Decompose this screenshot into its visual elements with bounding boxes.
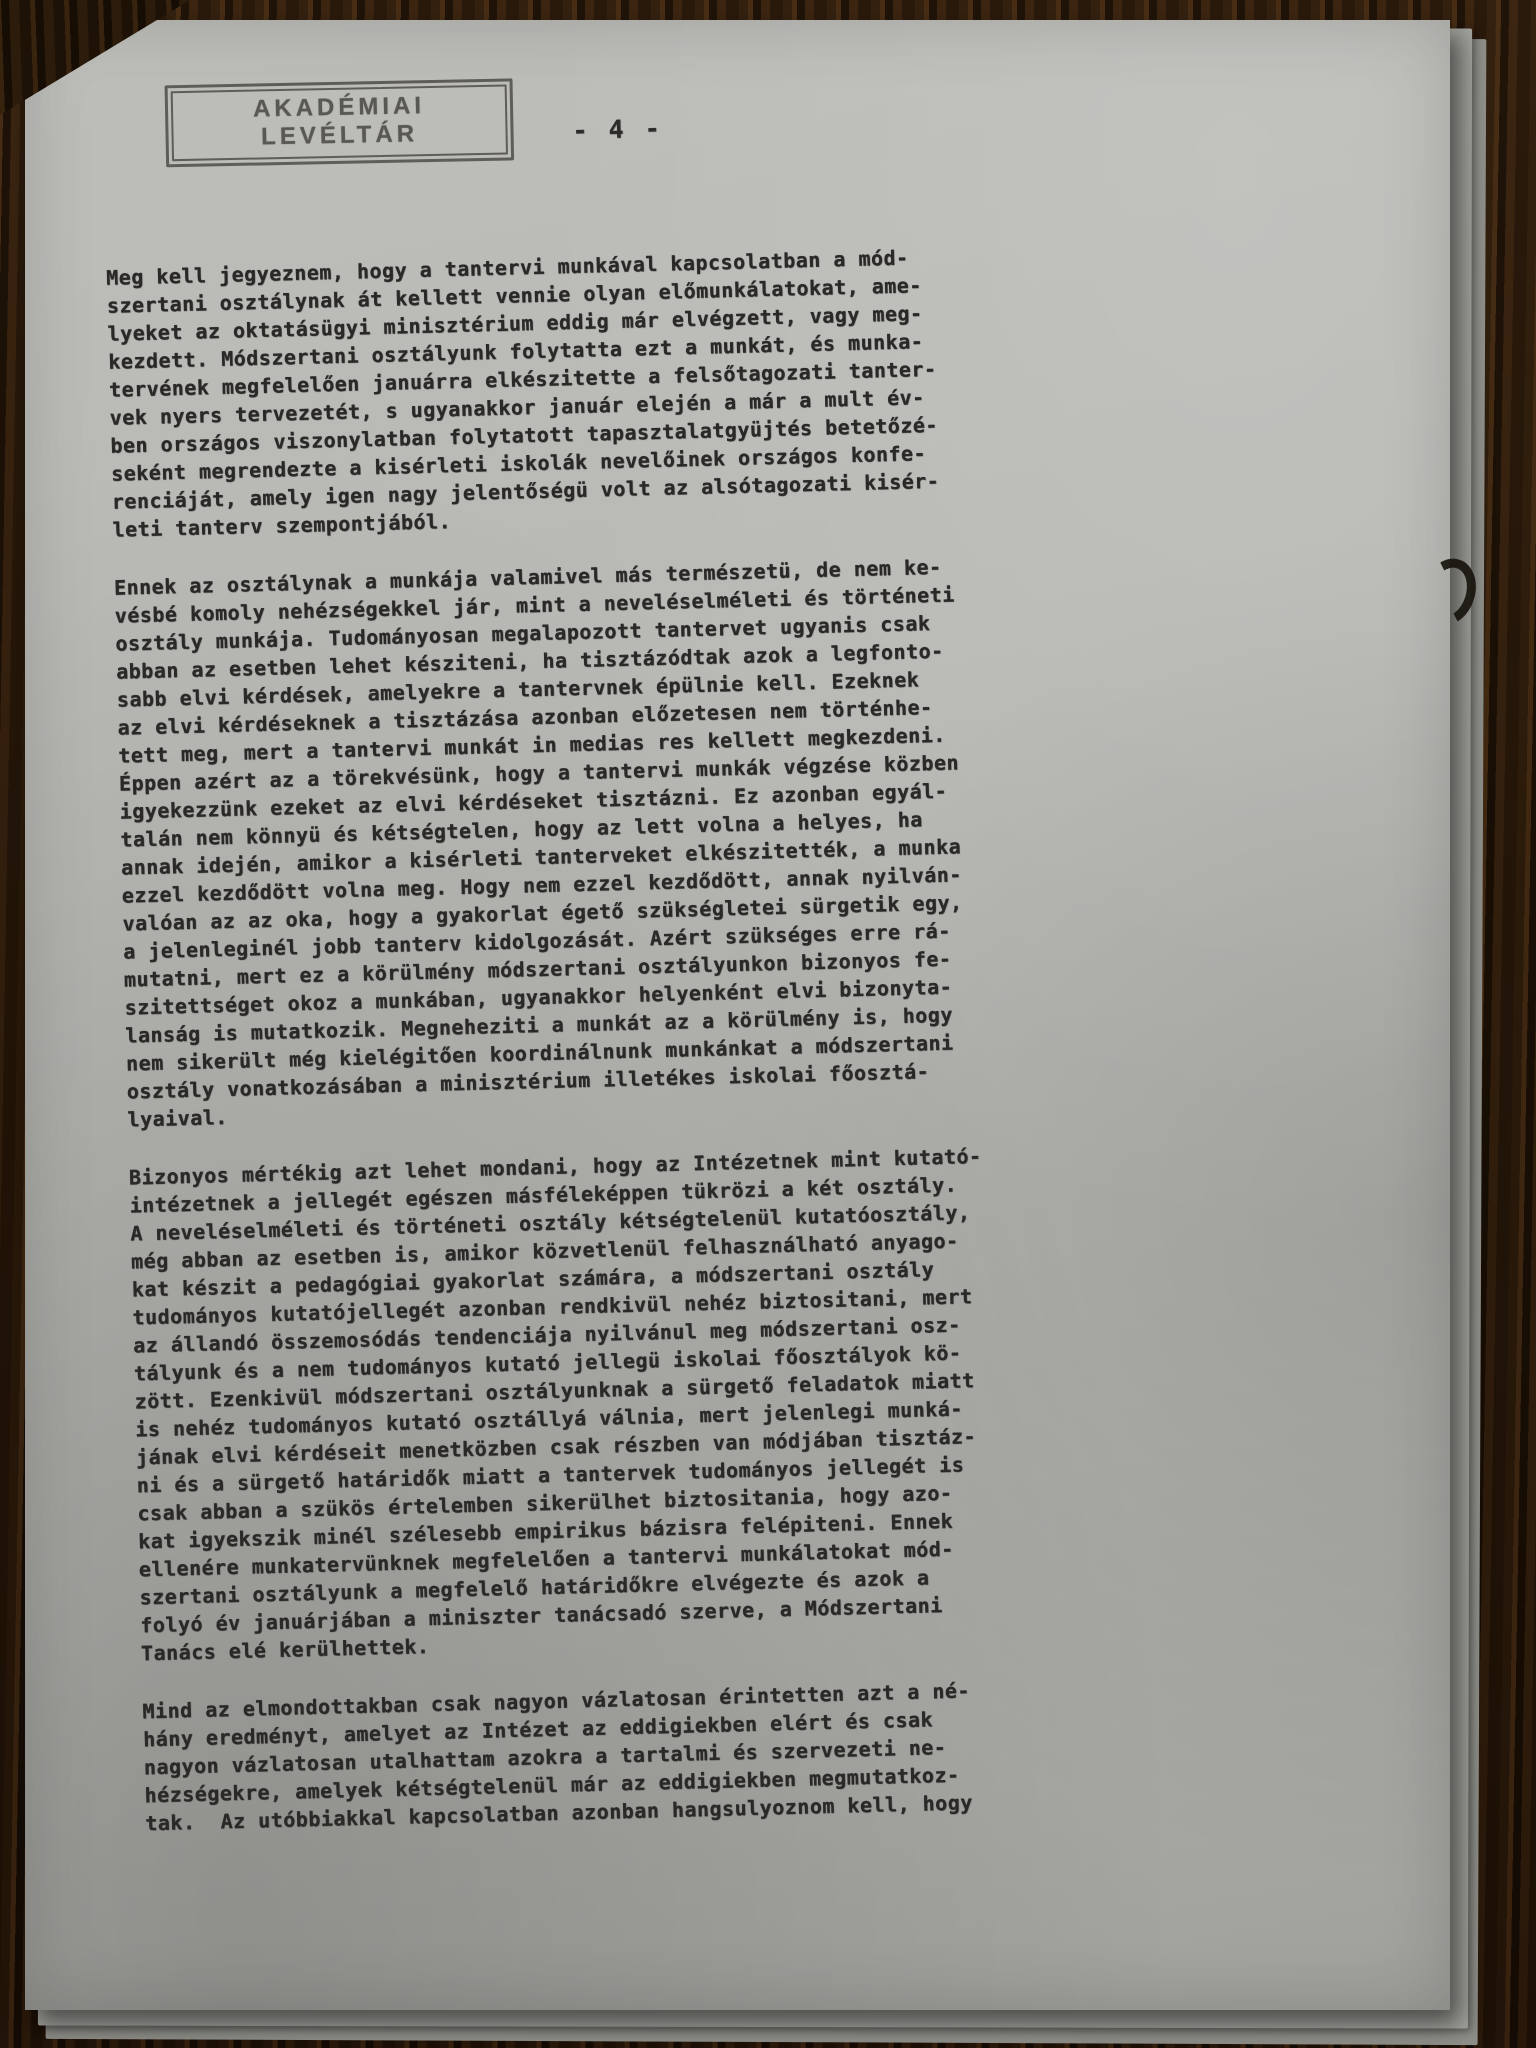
paragraph: Ennek az osztálynak a munkája valamivel … bbox=[114, 550, 1078, 1134]
page-number: - 4 - bbox=[527, 113, 708, 147]
desk-surface: AKADÉMIAI LEVÉLTÁR - 4 - Meg kell jegyez… bbox=[0, 0, 1536, 2048]
stamp-text-line: LEVÉLTÁR bbox=[179, 119, 499, 153]
archive-stamp: AKADÉMIAI LEVÉLTÁR bbox=[165, 78, 515, 167]
typewritten-text: Meg kell jegyeznem, hogy a tantervi munk… bbox=[106, 240, 1096, 1868]
paragraph: Meg kell jegyeznem, hogy a tantervi munk… bbox=[106, 240, 1063, 544]
archive-stamp-frame: AKADÉMIAI LEVÉLTÁR bbox=[171, 84, 508, 161]
scanned-content: AKADÉMIAI LEVÉLTÁR - 4 - Meg kell jegyez… bbox=[5, 2, 1480, 2027]
paragraph: Mind az elmondottakban csak nagyon vázla… bbox=[142, 1673, 1095, 1837]
paragraph: Bizonyos mértékig azt lehet mondani, hog… bbox=[129, 1139, 1091, 1667]
document-page: AKADÉMIAI LEVÉLTÁR - 4 - Meg kell jegyez… bbox=[25, 20, 1450, 2010]
